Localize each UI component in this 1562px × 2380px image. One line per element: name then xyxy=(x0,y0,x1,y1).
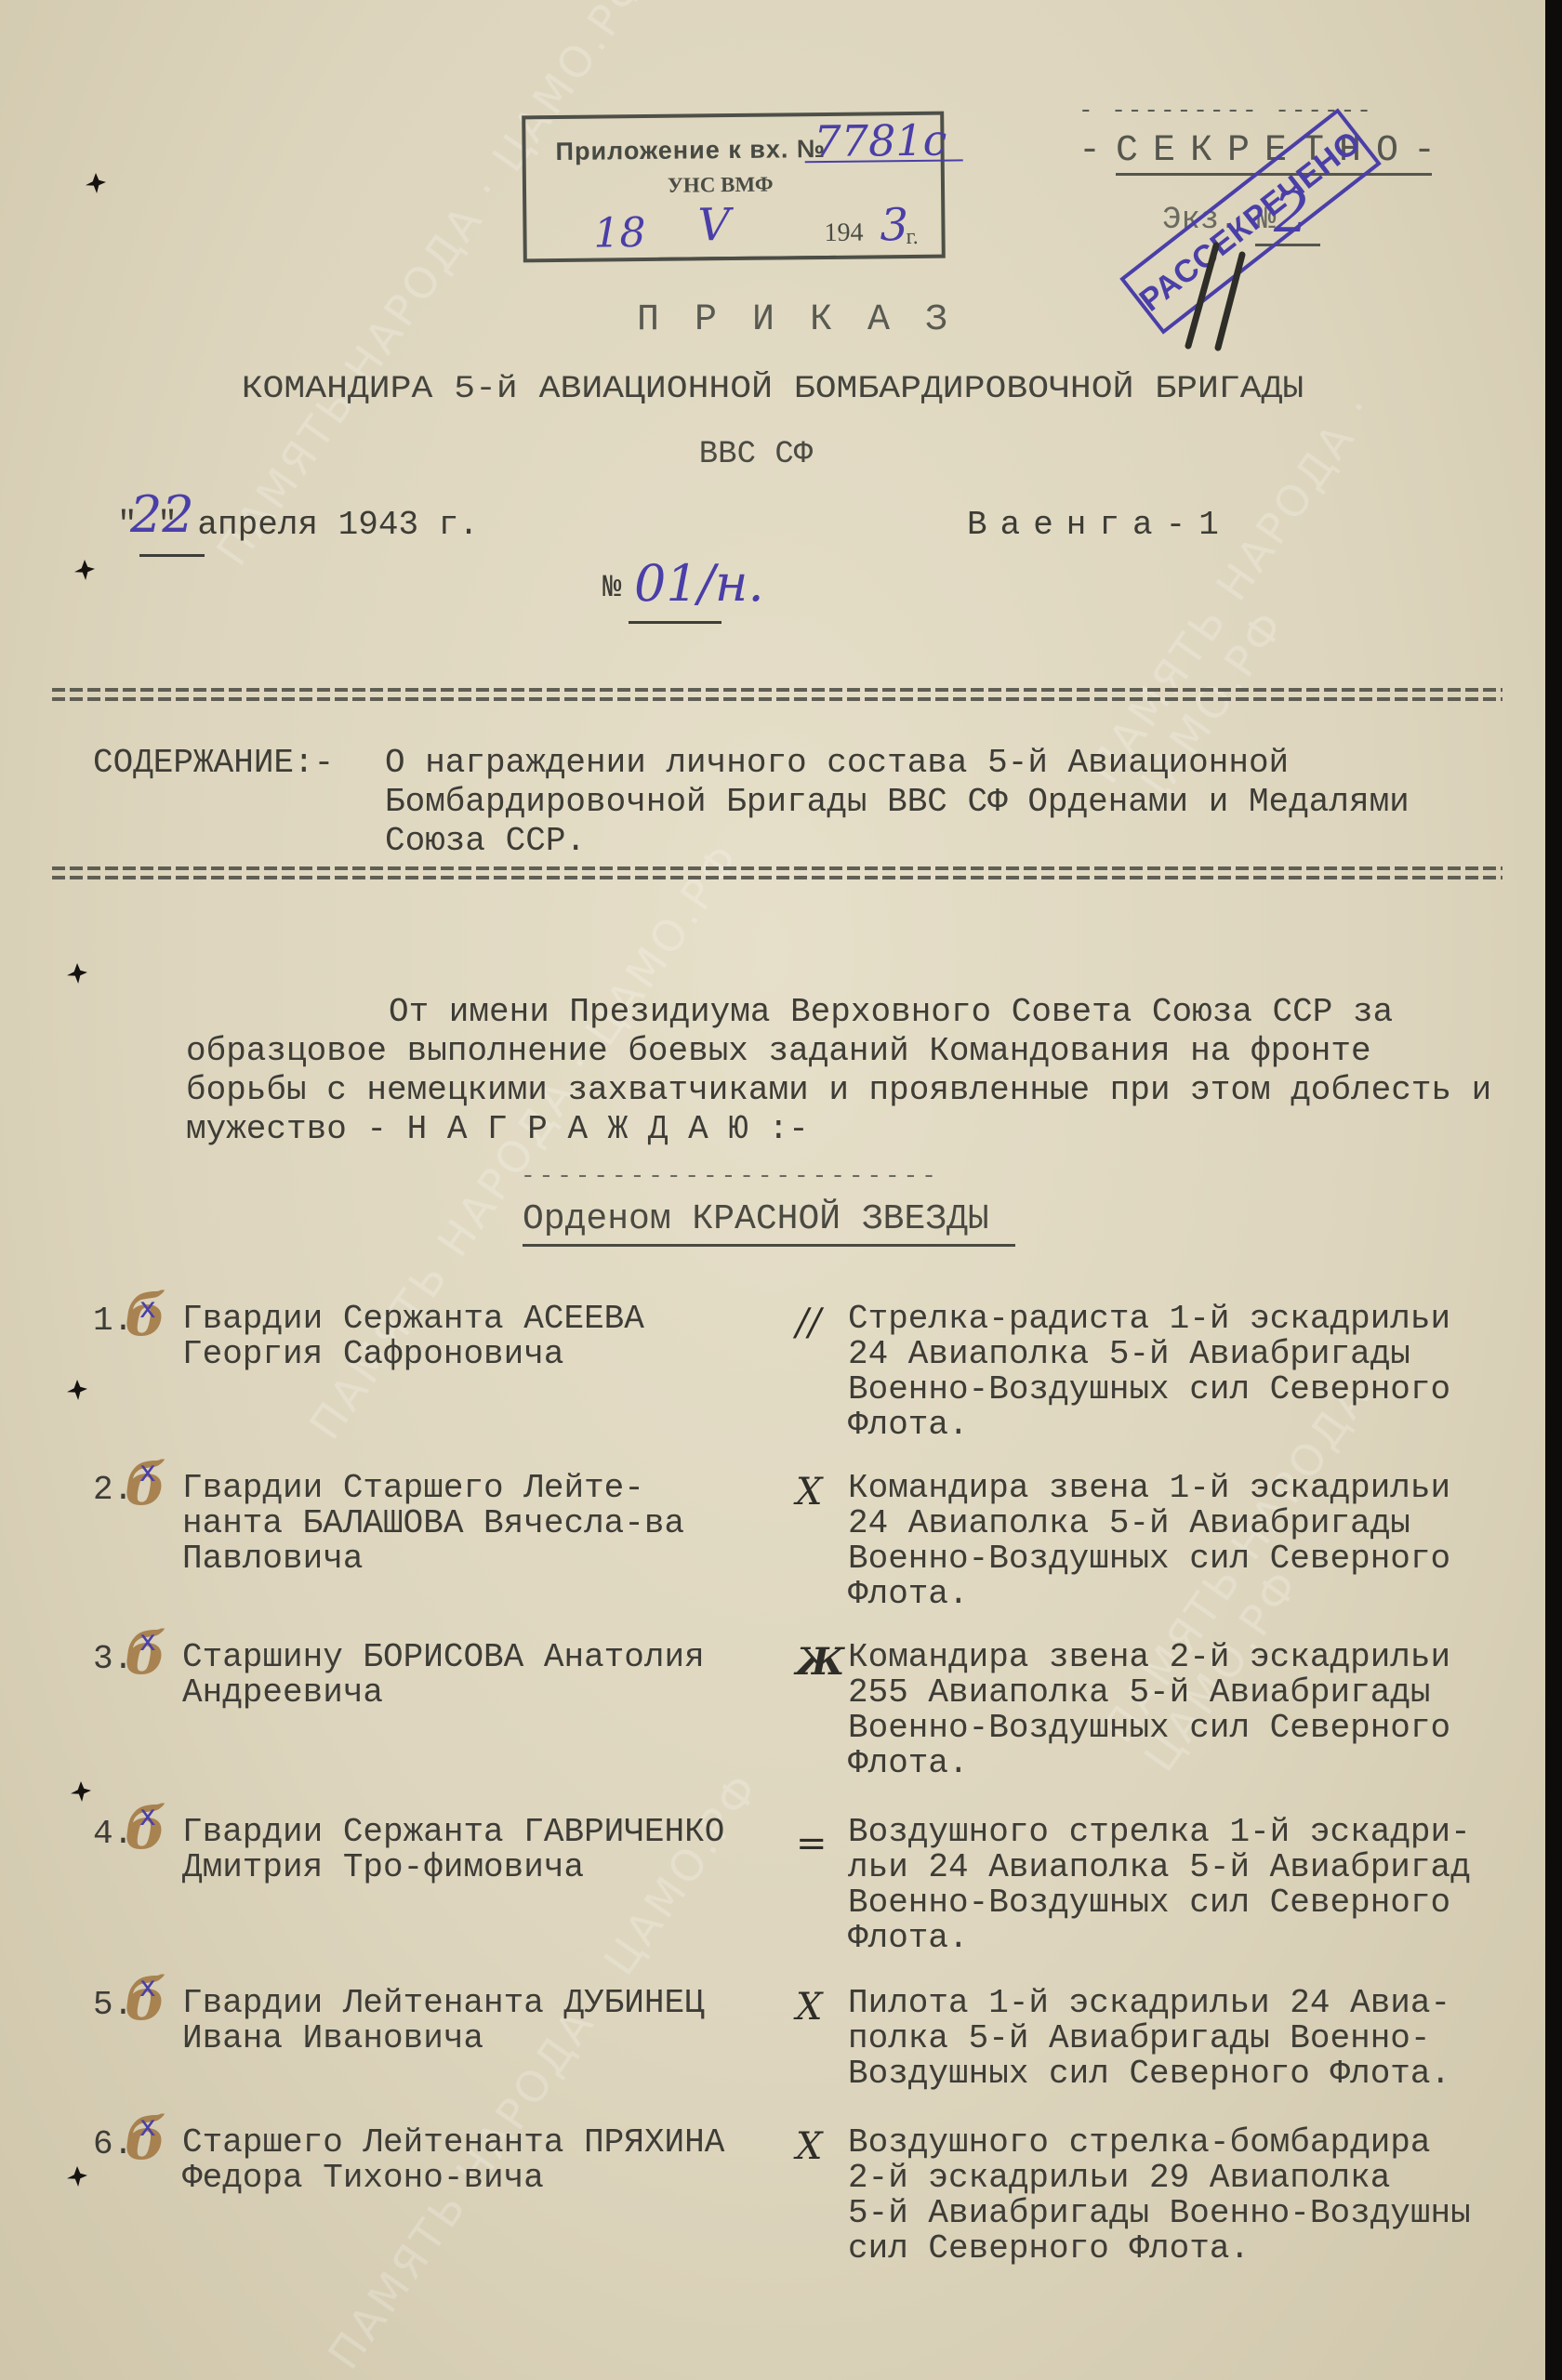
punch-hole-icon xyxy=(67,2166,87,2187)
entry-name: Гвардии Сержанта АСЕЕВА Георгия Сафронов… xyxy=(182,1302,740,1372)
blue-check-icon: х xyxy=(139,1292,156,1325)
stamp-day: 18 xyxy=(593,209,646,258)
order-place: Ваенга-1 xyxy=(967,506,1232,544)
entry-role: Командира звена 2-й эскадрильи 255 Авиап… xyxy=(848,1640,1536,1781)
entry-name: Гвардии Сержанта ГАВРИЧЕНКО Дмитрия Тро-… xyxy=(182,1815,740,1885)
stamp-month: V xyxy=(697,199,730,251)
stamp-year-digit: 3 xyxy=(880,199,908,251)
document-subtitle: КОМАНДИРА 5-й АВИАЦИОННОЙ БОМБАРДИРОВОЧН… xyxy=(0,372,1545,407)
entry-name: Гвардии Лейтенанта ДУБИНЕЦ Ивана Иванови… xyxy=(182,1986,740,2056)
double-dash-rule xyxy=(52,866,1502,879)
stamp-attachment-label: Приложение к вх. № xyxy=(555,135,826,166)
stamp-year-prefix: 194 xyxy=(824,218,863,248)
document-page: ПАМЯТЬ НАРОДА · ЦАМО.РФ ПАМЯТЬ НАРОДА · … xyxy=(0,0,1545,2380)
stamp-department: УНС ВМФ xyxy=(668,173,774,198)
entry-number: 5. xyxy=(93,1986,133,2024)
scan-edge xyxy=(1545,0,1562,2380)
watermark: ПАМЯТЬ НАРОДА · ЦАМО.РФ xyxy=(206,0,658,575)
tick-mark-icon: Х xyxy=(796,2125,822,2168)
order-date-day: 22 xyxy=(130,485,194,544)
stamp-date-underline xyxy=(659,256,836,259)
date-underline xyxy=(139,554,205,557)
summary-text: О награждении личного состава 5-й Авиаци… xyxy=(385,744,1501,861)
tick-mark-icon: Ж xyxy=(796,1640,844,1684)
blue-check-icon: х xyxy=(139,1800,156,1832)
document-unit: ВВС СФ xyxy=(0,437,1529,472)
punch-hole-icon xyxy=(86,173,106,193)
punch-hole-icon xyxy=(71,1781,91,1802)
entry-number: 3. xyxy=(93,1640,133,1678)
punch-hole-icon xyxy=(67,963,87,984)
entry-role: Стрелка-радиста 1-й эскадрильи 24 Авиапо… xyxy=(848,1302,1536,1443)
punch-hole-icon xyxy=(67,1380,87,1400)
stamp-incoming-number: 7781с xyxy=(814,115,946,166)
entry-number: 6. xyxy=(93,2125,133,2163)
tick-mark-icon: Х xyxy=(796,1986,822,2029)
award-title: Орденом КРАСНОЙ ЗВЕЗДЫ xyxy=(523,1199,989,1239)
tick-mark-icon: = xyxy=(796,1822,827,1865)
entry-name: Гвардии Старшего Лейте-нанта БАЛАШОВА Вя… xyxy=(182,1471,740,1577)
preamble-text: От имени Президиума Верховного Совета Со… xyxy=(186,993,1506,1149)
entry-name: Старшего Лейтенанта ПРЯХИНА Федора Тихон… xyxy=(182,2125,740,2196)
entry-name: Старшину БОРИСОВА Анатолия Андреевича xyxy=(182,1640,740,1711)
summary-label: СОДЕРЖАНИЕ:- xyxy=(93,744,334,782)
double-dash-rule xyxy=(52,688,1502,701)
entry-number: 1. xyxy=(93,1302,133,1340)
document-title: ПРИКАЗ xyxy=(37,299,1545,341)
award-title-underline xyxy=(523,1244,1015,1247)
award-dashes: ----------------------- xyxy=(521,1162,940,1190)
entry-role: Командира звена 1-й эскадрильи 24 Авиапо… xyxy=(848,1471,1536,1612)
stamp-year-unit: г. xyxy=(906,225,918,250)
entry-role: Воздушного стрелка 1-й эскадри- льи 24 А… xyxy=(848,1815,1536,1956)
blue-check-icon: х xyxy=(139,2110,156,2143)
entry-role: Воздушного стрелка-бомбардира 2-й эскадр… xyxy=(848,2125,1536,2267)
order-number: 01/н. xyxy=(634,554,764,613)
tick-mark-icon: Х xyxy=(796,1471,822,1514)
tick-mark-icon: // xyxy=(796,1302,821,1344)
incoming-registration-stamp: Приложение к вх. № 7781с УНС ВМФ 18 V 19… xyxy=(522,112,946,263)
blue-check-icon: х xyxy=(139,1456,156,1488)
order-number-label: № xyxy=(602,571,621,606)
blue-check-icon: х xyxy=(139,1625,156,1658)
entry-number: 2. xyxy=(93,1471,133,1509)
blue-check-icon: х xyxy=(139,1971,156,2003)
entry-number: 4. xyxy=(93,1815,133,1853)
entry-role: Пилота 1-й эскадрильи 24 Авиа- полка 5-й… xyxy=(848,1986,1536,2092)
punch-hole-icon xyxy=(74,560,95,580)
order-number-underline xyxy=(629,621,721,624)
